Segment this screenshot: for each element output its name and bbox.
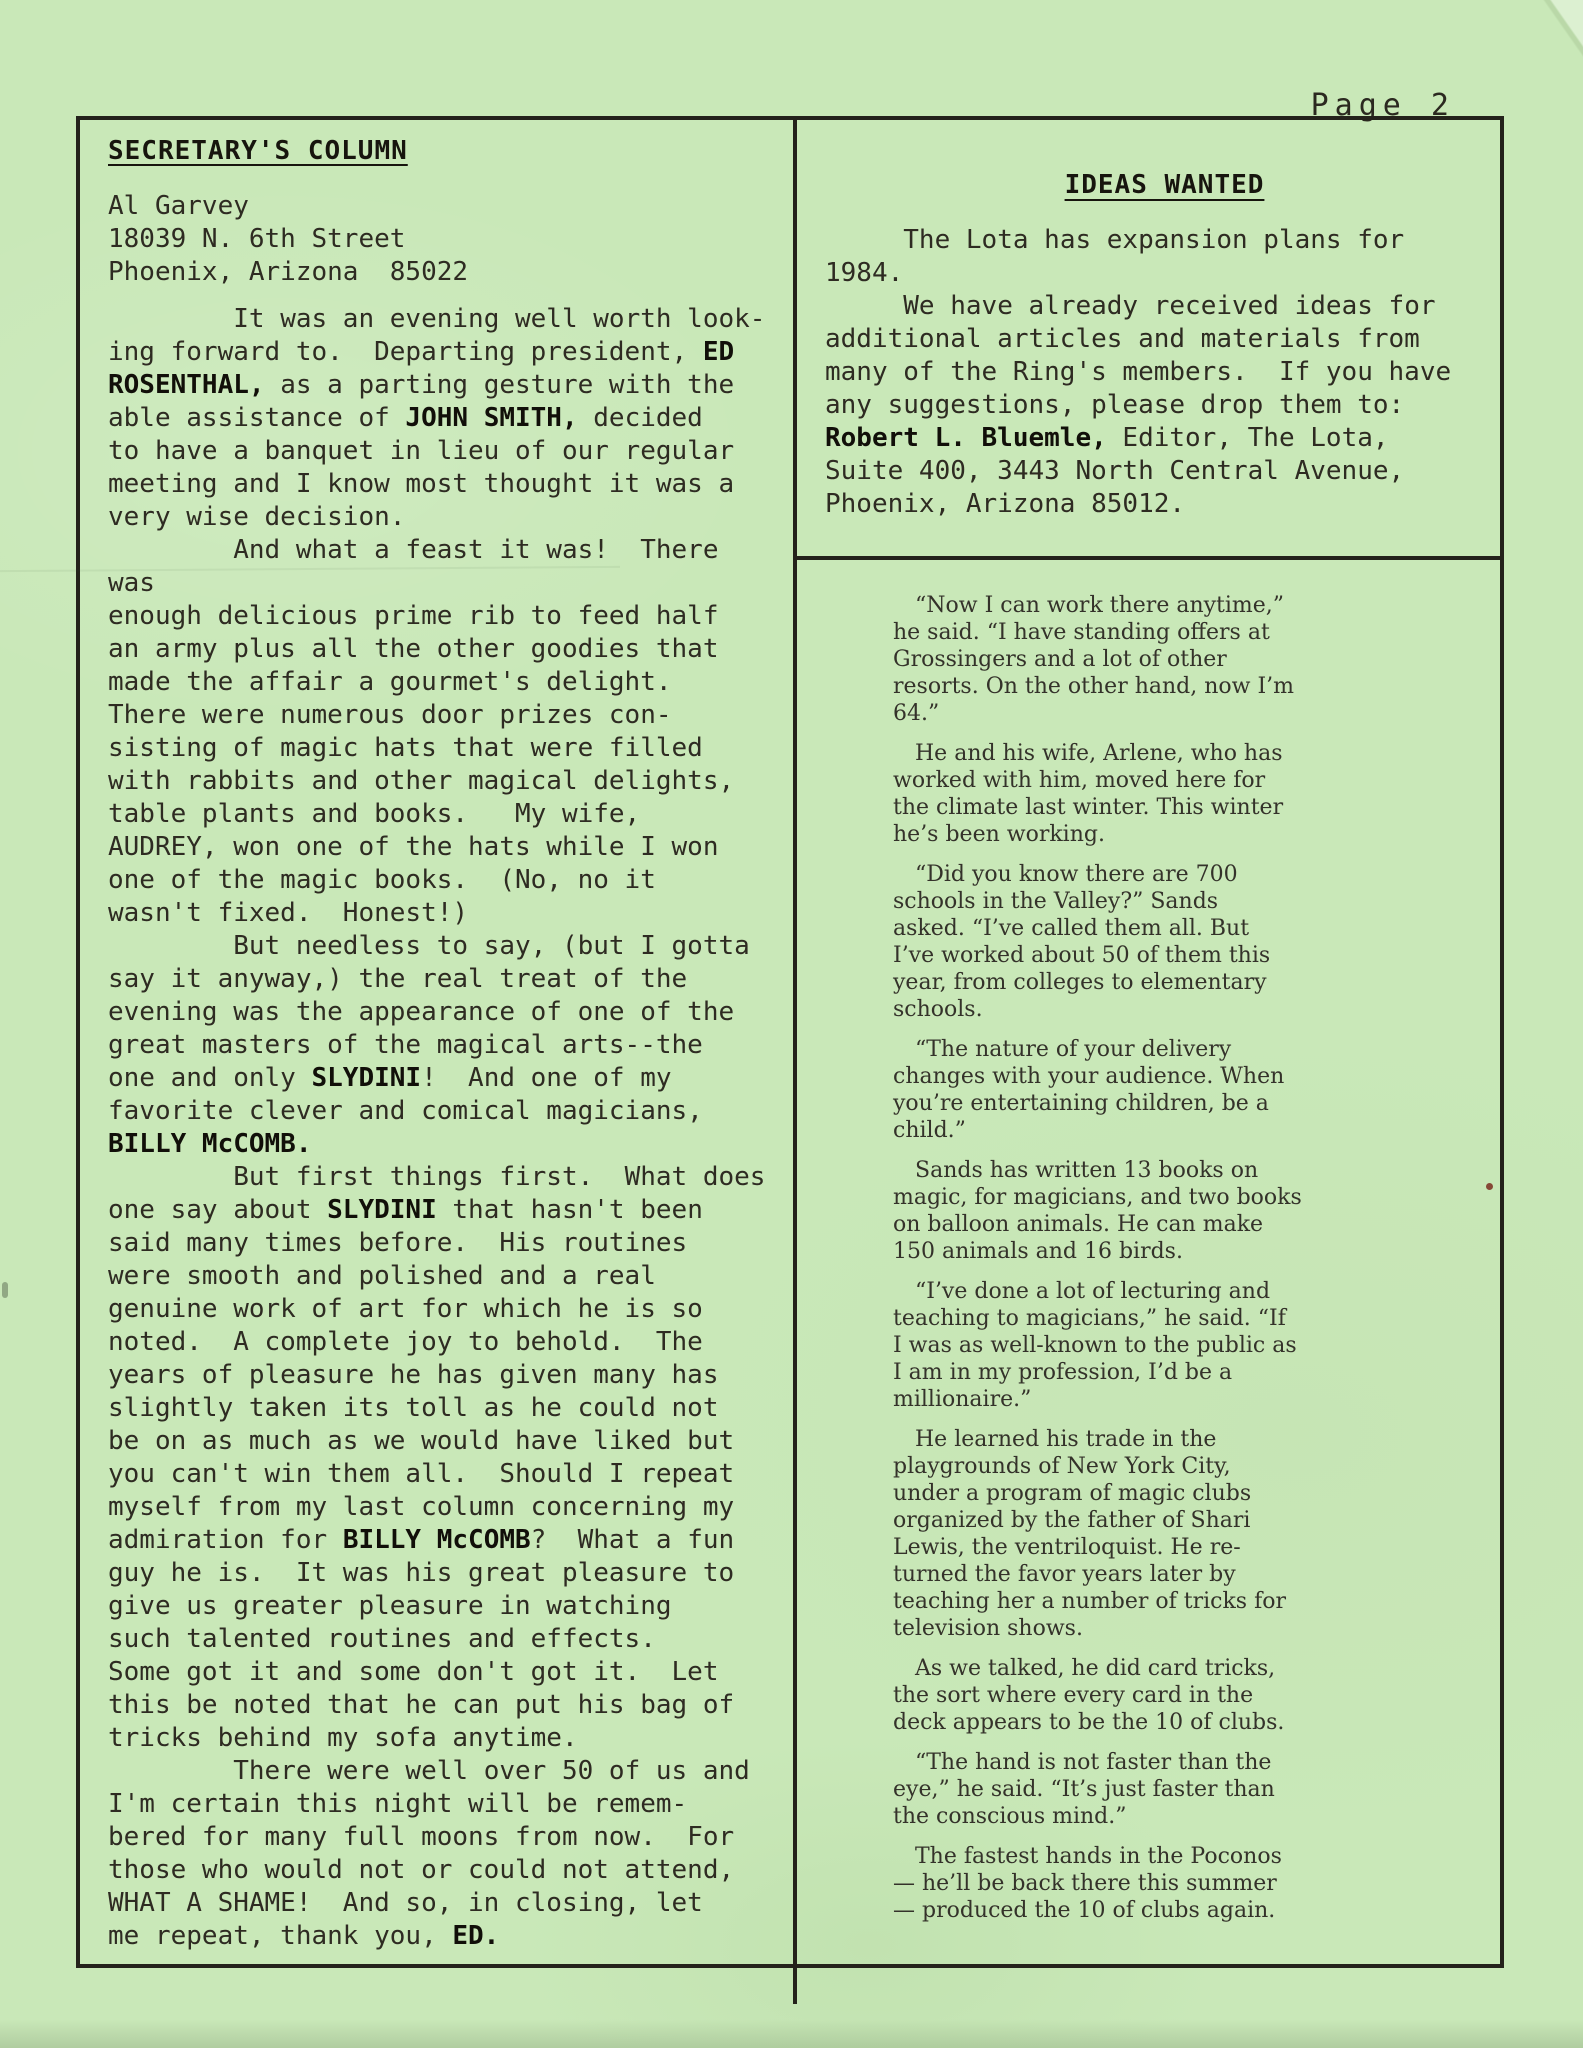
clipping-paragraph: “The hand is not faster than the eye,” h… bbox=[893, 1749, 1329, 1830]
secretary-paragraph: And what a feast it was! There was enoug… bbox=[108, 534, 780, 930]
scan-mark bbox=[2, 1282, 8, 1298]
news-clipping: “Now I can work there anytime,” he said.… bbox=[797, 560, 1504, 1968]
clipping-paragraph: “Now I can work there anytime,” he said.… bbox=[893, 592, 1329, 727]
ideas-wanted-heading: IDEAS WANTED bbox=[825, 170, 1504, 200]
author-city: Phoenix, Arizona 85022 bbox=[108, 256, 793, 289]
secretary-paragraph: It was an evening well worth look- ing f… bbox=[108, 303, 780, 534]
secretarys-column: SECRETARY'S COLUMN Al Garvey 18039 N. 6t… bbox=[80, 120, 793, 1964]
clipping-paragraph: The fastest hands in the Poconos — he’ll… bbox=[893, 1843, 1329, 1924]
ideas-paragraph: We have already received ideas for addit… bbox=[825, 290, 1485, 521]
author-address: Al Garvey 18039 N. 6th Street Phoenix, A… bbox=[108, 190, 793, 289]
clipping-paragraph: Sands has written 13 books on magic, for… bbox=[893, 1157, 1329, 1265]
author-street: 18039 N. 6th Street bbox=[108, 223, 793, 256]
secretarys-column-heading: SECRETARY'S COLUMN bbox=[108, 136, 793, 166]
ideas-paragraph: The Lota has expansion plans for 1984. bbox=[825, 224, 1485, 290]
author-name: Al Garvey bbox=[108, 190, 793, 223]
content-frame: SECRETARY'S COLUMN Al Garvey 18039 N. 6t… bbox=[76, 116, 1504, 1968]
secretary-paragraph: But first things first. What does one sa… bbox=[108, 1161, 780, 1755]
clipping-paragraph: “I’ve done a lot of lecturing and teachi… bbox=[893, 1278, 1329, 1413]
clipping-paragraph: “Did you know there are 700 schools in t… bbox=[893, 861, 1329, 1023]
clipping-paragraph: As we talked, he did card tricks, the so… bbox=[893, 1655, 1329, 1736]
secretary-paragraph: There were well over 50 of us and I'm ce… bbox=[108, 1755, 780, 1953]
clipping-paragraph: He and his wife, Arlene, who has worked … bbox=[893, 740, 1329, 848]
paper-fold bbox=[1443, 0, 1583, 120]
clipping-paragraph: “The nature of your delivery changes wit… bbox=[893, 1036, 1329, 1144]
clipping-paragraph: He learned his trade in the playgrounds … bbox=[893, 1426, 1329, 1642]
ideas-wanted-section: IDEAS WANTED The Lota has expansion plan… bbox=[797, 120, 1504, 556]
ink-speck bbox=[1486, 1183, 1493, 1190]
news-clipping-text: “Now I can work there anytime,” he said.… bbox=[893, 592, 1329, 1924]
secretary-paragraph: But needless to say, (but I gotta say it… bbox=[108, 930, 780, 1161]
